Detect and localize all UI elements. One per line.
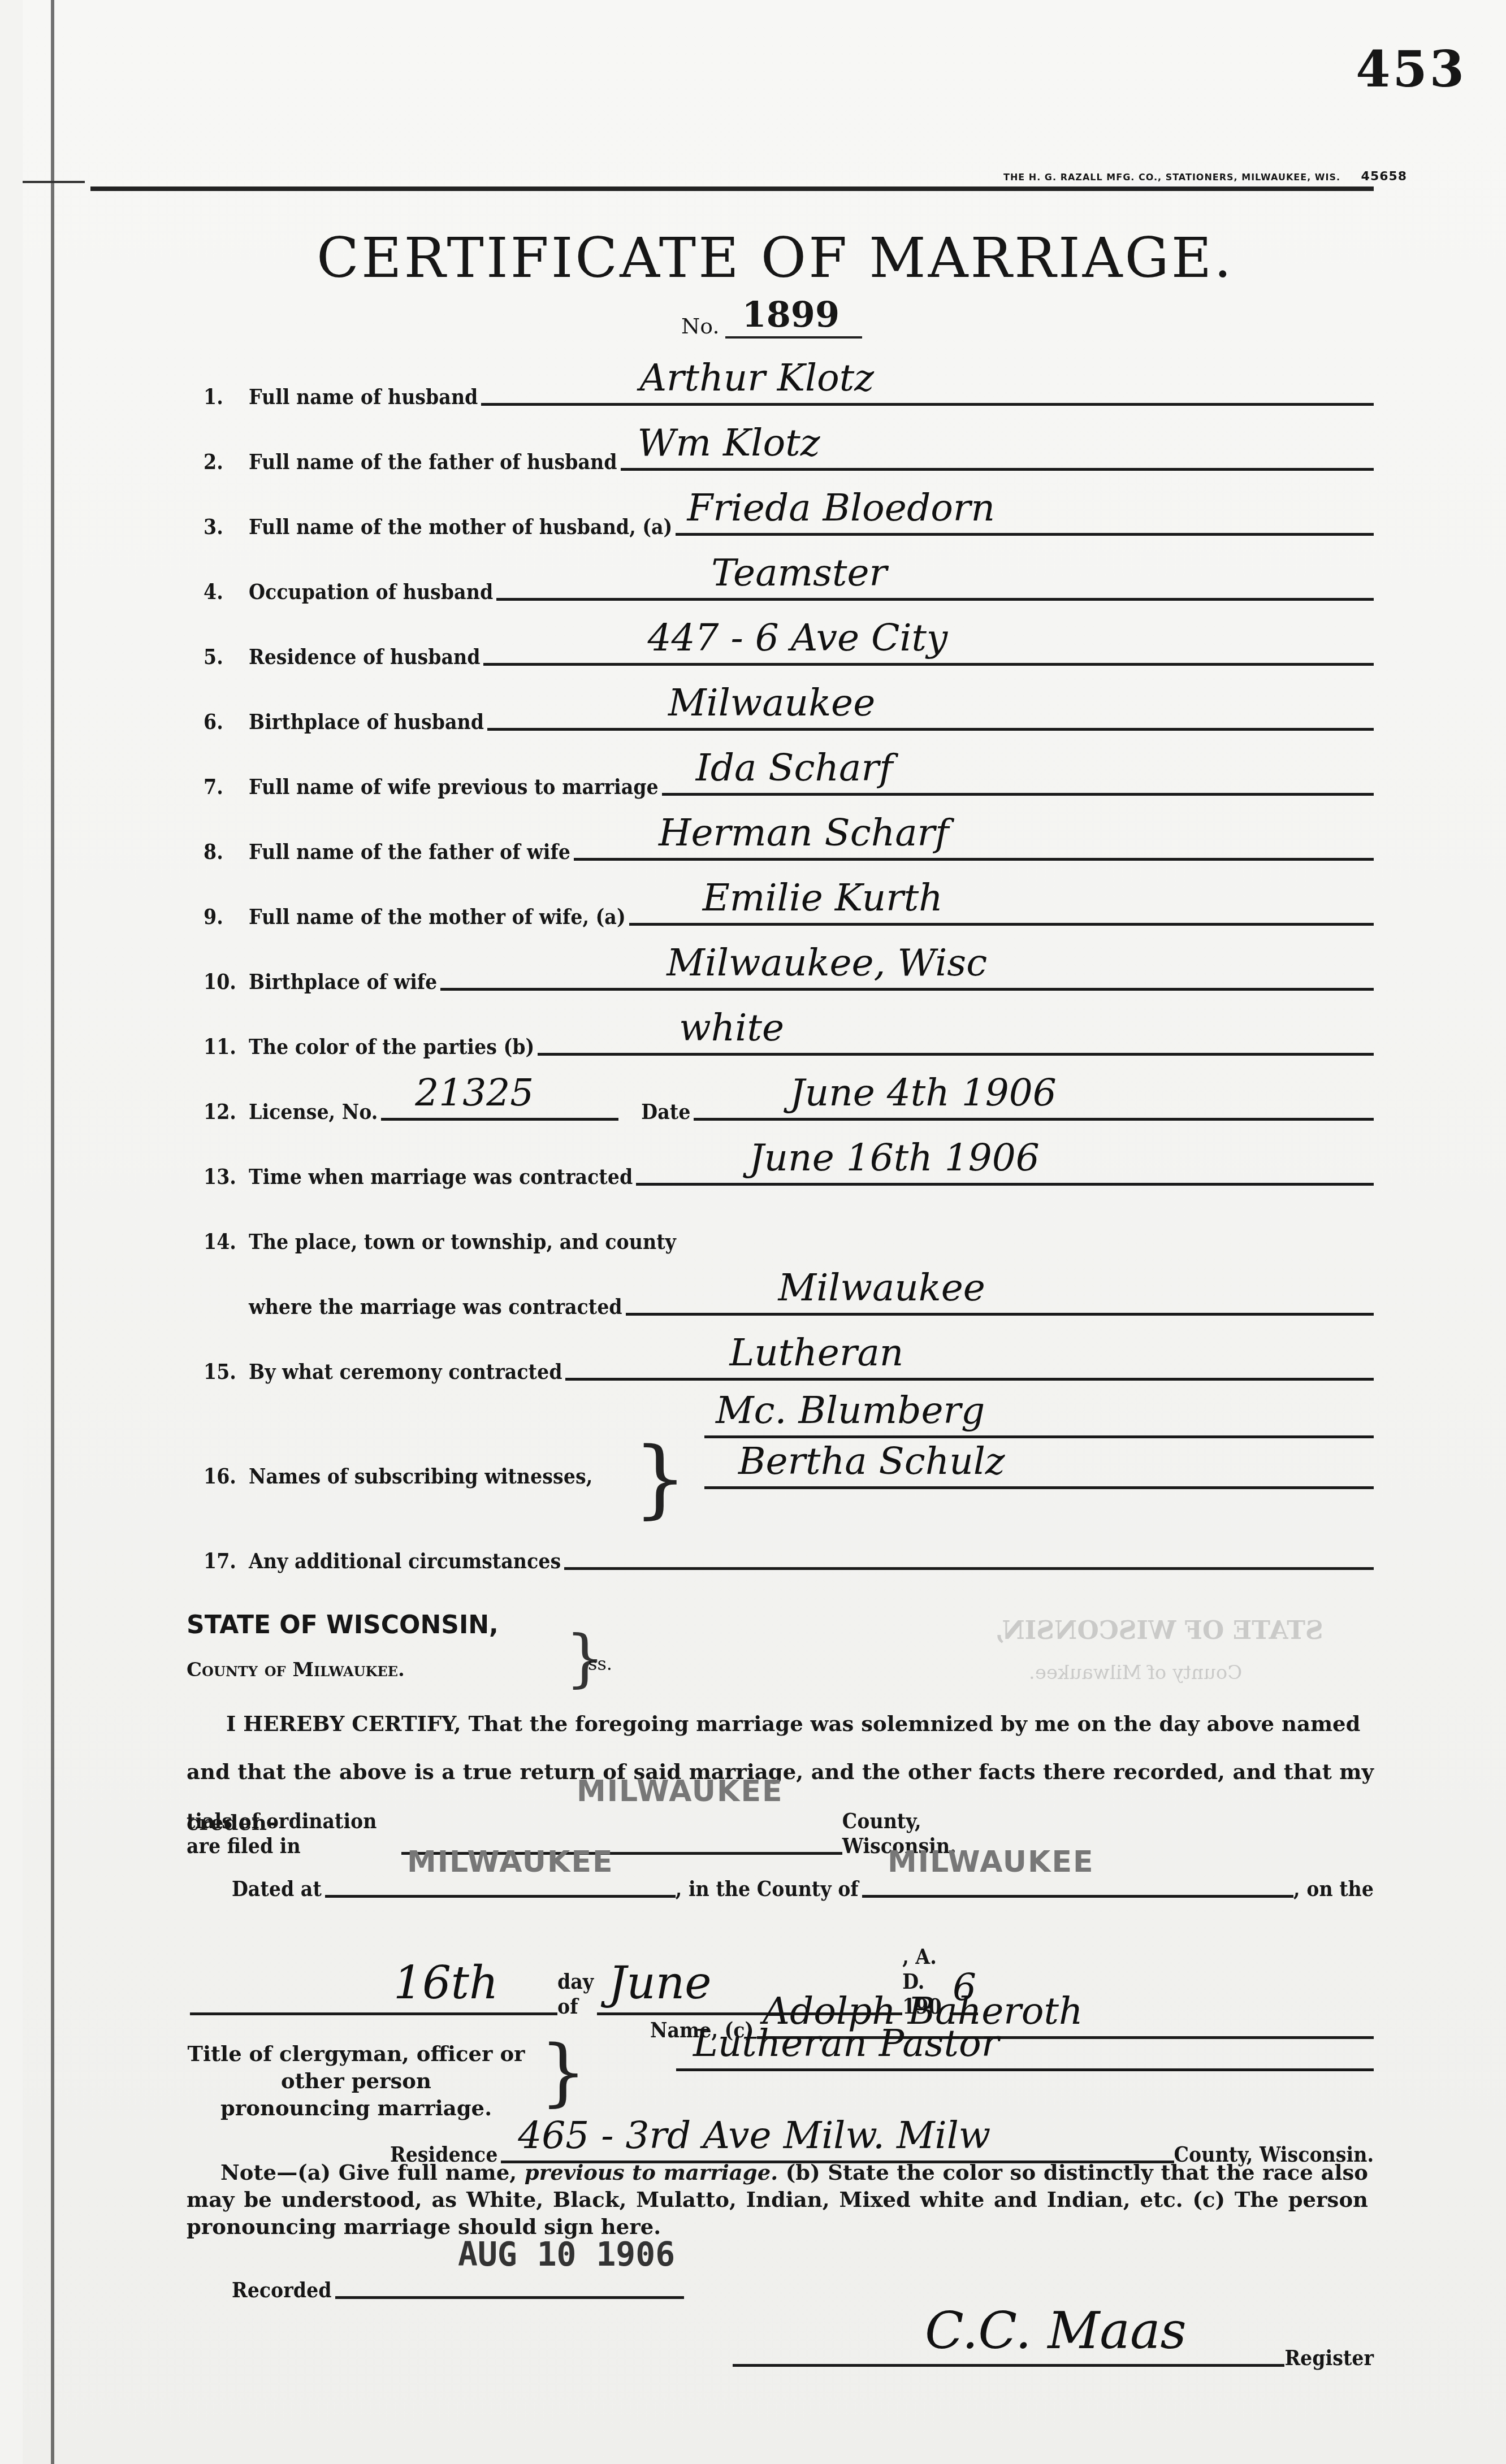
field-value: Arthur Klotz <box>639 356 874 400</box>
field-value: Milwaukee <box>778 1266 985 1309</box>
top-rule <box>90 186 1374 191</box>
field-label: By what ceremony contracted <box>249 1359 562 1384</box>
field-label: Birthplace of wife <box>249 969 437 994</box>
field-husband-residence: 5. Residence of husband 447 - 6 Ave City <box>204 644 1374 669</box>
license-date: June 4th 1906 <box>790 1071 1056 1114</box>
field-value: Emilie Kurth <box>703 876 943 919</box>
binding-mark <box>23 181 85 183</box>
field-ceremony: 15. By what ceremony contracted Lutheran <box>204 1359 1374 1384</box>
number-value: 1899 <box>725 294 863 339</box>
field-label: Time when marriage was contracted <box>249 1164 633 1189</box>
title-label: Title of clergyman, officer or other per… <box>175 2040 537 2122</box>
officiant-title-line: Lutheran Pastor <box>673 2068 1374 2075</box>
field-label: Full name of the mother of husband, (a) <box>249 514 672 539</box>
field-label: where the marriage was contracted <box>249 1294 622 1319</box>
license-label: License, No. <box>249 1099 378 1124</box>
field-license: 12. License, No. 21325 Date June 4th 190… <box>204 1099 1374 1124</box>
field-value: Milwaukee, Wisc <box>667 941 987 984</box>
field-wife-birthplace: 10. Birthplace of wife Milwaukee, Wisc <box>204 969 1374 994</box>
field-label: Any additional circumstances <box>249 1548 561 1573</box>
field-value: white <box>679 1006 784 1049</box>
field-value: Milwaukee <box>668 681 875 725</box>
dated-line: Dated at , in the County of , on the <box>232 1876 1374 1901</box>
field-value: Lutheran <box>729 1331 903 1374</box>
certificate-page: 453 THE H. G. RAZALL MFG. CO., STATIONER… <box>23 0 1506 2464</box>
footnote: Note—(a) Give full name, previous to mar… <box>187 2159 1368 2240</box>
field-label: Full name of husband <box>249 384 478 409</box>
field-wife-father: 8. Full name of the father of wife Herma… <box>204 839 1374 864</box>
recorded-label: Recorded <box>232 2278 332 2302</box>
dated-at-stamp: MILWAUKEE <box>407 1845 613 1879</box>
field-label: The color of the parties (b) <box>249 1034 534 1059</box>
certify-line-1: I HEREBY CERTIFY, That the foregoing mar… <box>187 1698 1374 1749</box>
license-number: 21325 <box>415 1071 534 1114</box>
field-color-of-parties: 11. The color of the parties (b) white <box>204 1034 1374 1059</box>
register-line: C.C. Maas Register <box>729 2345 1374 2370</box>
binding-edge <box>51 0 54 2464</box>
state-heading: STATE OF WISCONSIN, <box>187 1611 499 1639</box>
officiant-title: Lutheran Pastor <box>693 2021 999 2065</box>
field-additional: 17. Any additional circumstances <box>204 1548 1374 1573</box>
field-value: Wm Klotz <box>638 421 820 465</box>
ordination-stamp: MILWAUKEE <box>577 1775 783 1808</box>
field-label: Names of subscribing witnesses, <box>249 1464 592 1489</box>
field-place-line1: 14. The place, town or township, and cou… <box>204 1229 1374 1254</box>
printer-imprint: THE H. G. RAZALL MFG. CO., STATIONERS, M… <box>1003 170 1407 184</box>
field-label: Full name of the father of husband <box>249 449 617 474</box>
field-label: Occupation of husband <box>249 579 493 604</box>
printer-code: 45658 <box>1361 170 1408 184</box>
month-value: June <box>608 1957 711 2009</box>
field-husband-name: 1. Full name of husband Arthur Klotz <box>204 384 1374 409</box>
field-value: Ida Scharf <box>696 746 893 789</box>
field-label: The place, town or township, and county <box>249 1229 676 1254</box>
field-husband-father: 2. Full name of the father of husband Wm… <box>204 449 1374 474</box>
field-label: Full name of the mother of wife, (a) <box>249 904 626 929</box>
field-value: Herman Scharf <box>659 811 949 854</box>
field-value: June 16th 1906 <box>749 1136 1039 1179</box>
title-brace: } <box>540 2029 587 2115</box>
field-value: Teamster <box>711 551 887 595</box>
witness-line-2: Bertha Schulz <box>701 1486 1374 1493</box>
page-number: 453 <box>1356 40 1466 98</box>
field-husband-birthplace: 6. Birthplace of husband Milwaukee <box>204 709 1374 734</box>
field-value: 447 - 6 Ave City <box>647 616 947 660</box>
register-signature: C.C. Maas <box>925 2301 1187 2361</box>
printer-name: THE H. G. RAZALL MFG. CO., STATIONERS, M… <box>1003 172 1340 183</box>
field-wife-name: 7. Full name of wife previous to marriag… <box>204 774 1374 799</box>
bleed-through-county: County of Milwaukee. <box>1029 1662 1242 1684</box>
ss-label: ss. <box>588 1653 612 1675</box>
number-label: No. <box>681 314 720 339</box>
certificate-number: No. 1899 <box>681 294 862 339</box>
field-husband-occupation: 4. Occupation of husband Teamster <box>204 579 1374 604</box>
field-wife-mother: 9. Full name of the mother of wife, (a) … <box>204 904 1374 929</box>
field-time-contracted: 13. Time when marriage was contracted Ju… <box>204 1164 1374 1189</box>
recorded-line: Recorded <box>232 2278 684 2302</box>
county-stamp: MILWAUKEE <box>888 1845 1094 1879</box>
field-value: Frieda Bloedorn <box>687 486 995 530</box>
field-label: Full name of wife previous to marriage <box>249 774 659 799</box>
witness-2: Bertha Schulz <box>738 1439 1005 1483</box>
witness-brace: } <box>633 1430 687 1528</box>
field-label: Full name of the father of wife <box>249 839 570 864</box>
officiant-residence: 465 - 3rd Ave Milw. Milw <box>518 2114 990 2157</box>
field-place-line2: where the marriage was contracted Milwau… <box>204 1294 1374 1319</box>
field-label: Birthplace of husband <box>249 709 484 734</box>
day-value: 16th <box>393 1957 498 2009</box>
register-label: Register <box>1284 2345 1374 2370</box>
witness-1: Mc. Blumberg <box>716 1389 985 1432</box>
bleed-through-state: STATE OF WISCONSIN, <box>995 1616 1323 1645</box>
field-husband-mother: 3. Full name of the mother of husband, (… <box>204 514 1374 539</box>
county-heading: County of Milwaukee. <box>187 1659 405 1681</box>
date-label: Date <box>641 1099 690 1124</box>
recorded-date-stamp: AUG 10 1906 <box>458 2235 675 2274</box>
page-title: CERTIFICATE OF MARRIAGE. <box>317 226 1234 290</box>
field-label: Residence of husband <box>249 644 480 669</box>
